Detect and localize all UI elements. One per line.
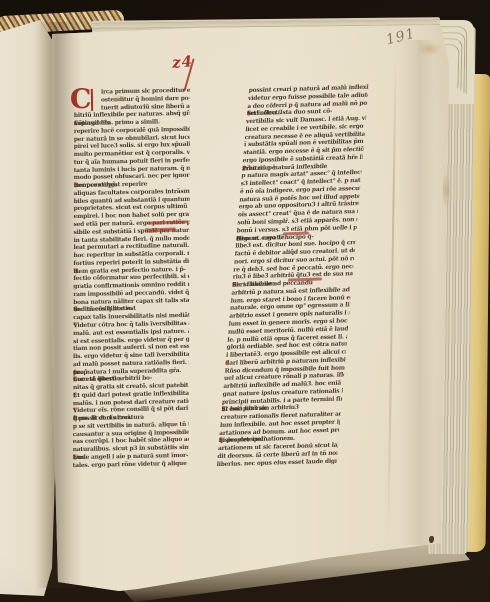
verso-page-strip: ũa parentur. Iede ipso f̃m se ddredeamus… [0,20,60,598]
text-column-left: irca primum sic proceditur etostenditur … [73,87,190,470]
manuscript-photo: ũa parentur. Iede ipso f̃m se ddredeamus… [0,0,490,602]
verso-text-fragments: ũa parentur. Iede ipso f̃m se ddredeamus… [2,104,58,584]
page-curvature-shadow [398,40,434,545]
